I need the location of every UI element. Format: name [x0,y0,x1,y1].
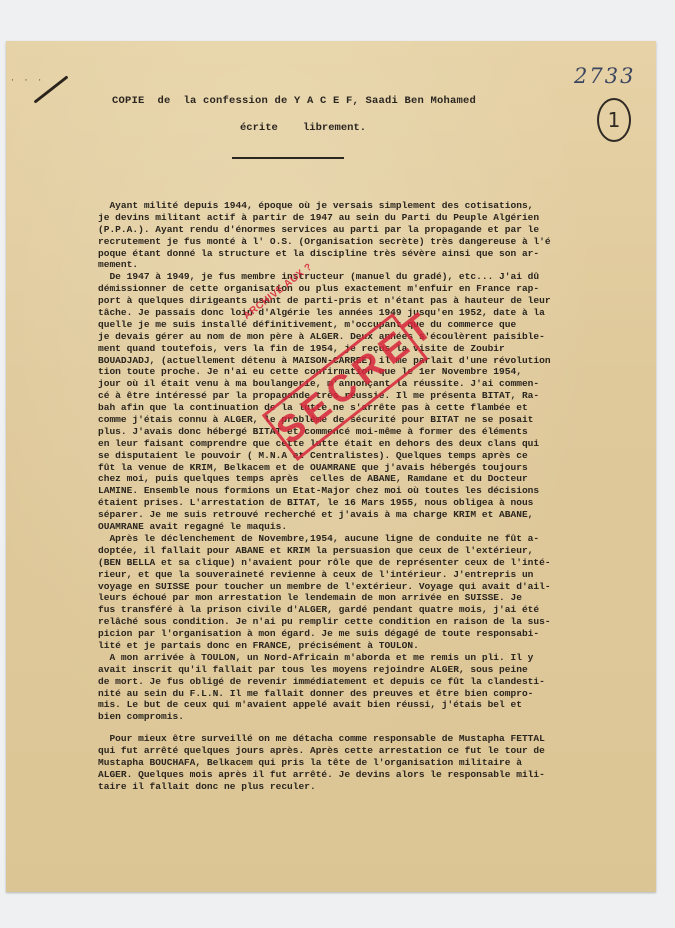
text-line: rieur, et que la souveraineté revienne à… [98,569,638,581]
text-line: mis. Le but de ceux qui m'avaient appelé… [98,699,638,711]
text-line: Ayant milité depuis 1944, époque où je v… [98,200,638,212]
paragraph-gap [98,723,638,733]
text-line: tâche. Je passais donc loin d'Algérie le… [98,307,638,319]
text-line: LAMINE. Ensemble nous formions un Etat-M… [98,485,638,497]
text-line: nité au sein du F.L.N. Il me fallait don… [98,688,638,700]
text-line: A mon arrivée à TOULON, un Nord-Africain… [98,652,638,664]
text-line: recrutement je fus monté à l' O.S. (Orga… [98,236,638,248]
title-underline [232,157,344,159]
text-line: séparer. Je me suis retrouvé recherché e… [98,509,638,521]
text-line: mement. [98,259,638,271]
text-line: fus transféré à la prison civile d'ALGER… [98,604,638,616]
text-line: lité et je partais donc en FRANCE, préci… [98,640,638,652]
archive-number: 2733 [574,64,635,88]
text-line: leurs échoué par mon arrestation le lend… [98,592,638,604]
paragraph: A mon arrivée à TOULON, un Nord-Africain… [98,652,638,723]
text-line: démissionner de cette organisation ou pl… [98,283,638,295]
paragraph: Pour mieux être surveillé on me détacha … [98,733,638,792]
text-line: avait inscrit qu'il fallait par tous les… [98,664,638,676]
text-line: (P.P.A.). Ayant rendu d'énormes services… [98,224,638,236]
text-line: je devins militant actif à partir de 194… [98,212,638,224]
text-line: picion par l'organisation à mon égard. J… [98,628,638,640]
text-line: en leur faisant comprendre que cette lut… [98,438,638,450]
document-body: Ayant milité depuis 1944, époque où je v… [98,200,638,793]
text-line: Mustapha BOUCHAFA, Belkacem qui pris la … [98,757,638,769]
text-line: relâché sous condition. Je n'ai pu rempl… [98,616,638,628]
text-line: OUAMRANE avait regagné le maquis. [98,521,638,533]
text-line: De 1947 à 1949, je fus membre instructeu… [98,271,638,283]
text-line: (BEN BELLA et sa clique) n'avaient pour … [98,557,638,569]
text-line: Pour mieux être surveillé on me détacha … [98,733,638,745]
paragraph: Après le déclenchement de Novembre,1954,… [98,533,638,652]
text-line: qui fut arrêté quelques jours après. Apr… [98,745,638,757]
text-line: port à quelques dirigeants usant de part… [98,295,638,307]
text-line: se disputaient le pouvoir ( M.N.A et Cen… [98,450,638,462]
text-line: doptée, il fallait pour ABANE et KRIM la… [98,545,638,557]
text-line: poque étant donné la structure et la dis… [98,248,638,260]
text-line: taire il fallait donc ne plus reculer. [98,781,638,793]
paragraph: Ayant milité depuis 1944, époque où je v… [98,200,638,271]
text-line: voyage en SUISSE pour toucher un membre … [98,581,638,593]
document-subtitle: écrite librement. [240,122,366,134]
text-line: de mort. Je fus obligé de revenir immédi… [98,676,638,688]
margin-dots-mark: · · · [10,76,44,85]
page-number-circled: 1 [597,98,631,142]
text-line: Après le déclenchement de Novembre,1954,… [98,533,638,545]
text-line: plus. J'avais donc hébergé BITAT et comm… [98,426,638,438]
text-line: bien compromis. [98,711,638,723]
document-title: COPIE de la confession de Y A C E F, Saa… [112,95,476,107]
text-line: fût la venue de KRIM, Belkacem et de OUA… [98,462,638,474]
text-line: quelle je me suis installé définitivemen… [98,319,638,331]
text-line: étaient prises. L'arrestation de BITAT, … [98,497,638,509]
text-line: chez moi, puis quelques temps après cell… [98,473,638,485]
text-line: comme j'étais connu à ALGER, le problème… [98,414,638,426]
text-line: ALGER. Quelques mois après il fut arrêté… [98,769,638,781]
